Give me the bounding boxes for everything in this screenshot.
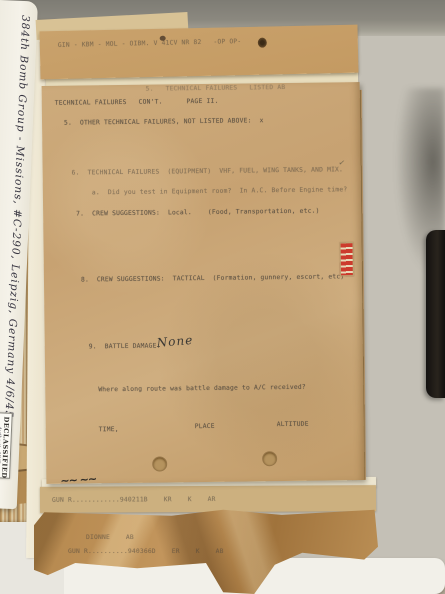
top-code-paper: GIN - KBM - MOL - OIBM. V 41CV NR 82 -OP… bbox=[40, 25, 359, 80]
form-item-8: 8. CREW SUGGESTIONS: TACTICAL (Formation… bbox=[81, 273, 344, 283]
battle-damage-question: Where along route was battle damage to A… bbox=[98, 384, 306, 394]
black-object bbox=[426, 230, 445, 398]
column-place: PLACE bbox=[195, 423, 215, 430]
top-code-line: GIN - KBM - MOL - OIBM. V 41CV NR 82 -OP… bbox=[58, 38, 242, 49]
form-item-9: 9. BATTLE DAMAGE: bbox=[89, 343, 161, 351]
column-altitude: ALTITUDE bbox=[277, 421, 309, 428]
form-item-5: 5. OTHER TECHNICAL FAILURES, NOT LISTED … bbox=[64, 117, 264, 126]
punch-hole bbox=[152, 456, 167, 471]
form-item-6: 6. TECHNICAL FAILURES (EQUIPMENT) VHF, F… bbox=[72, 166, 343, 176]
partial-overlap-line: 5. TECHNICAL FAILURES LISTED AB bbox=[146, 84, 286, 93]
red-stamp bbox=[340, 242, 354, 276]
column-time: TIME, bbox=[99, 426, 119, 433]
punch-hole bbox=[262, 451, 277, 466]
declassified-stamp-title: DECLASSIFIED bbox=[0, 416, 10, 474]
archival-photo-scene: GUN R............940211B KR K AR DIONNE … bbox=[0, 0, 445, 594]
teletype-code-line: GUN R............940211B KR K AR bbox=[52, 496, 216, 504]
main-document: 5. TECHNICAL FAILURES LISTED AB TECHNICA… bbox=[42, 82, 365, 484]
handwritten-answer-none: None bbox=[156, 333, 194, 350]
pencil-scribble: ~~ ~~ bbox=[60, 472, 96, 487]
pencil-checkmark: ✓ bbox=[338, 158, 346, 168]
punch-hole-dark bbox=[258, 38, 267, 48]
form-header: TECHNICAL FAILURES CON'T. PAGE II. bbox=[55, 98, 219, 107]
form-item-6a: a. Did you test in Equipment room? In A.… bbox=[92, 186, 348, 196]
crumpled-line-1: DIONNE AB bbox=[86, 534, 134, 541]
form-item-7: 7. CREW SUGGESTIONS: Local. (Food, Trans… bbox=[76, 208, 320, 218]
teletype-strip-paper: GUN R............940211B KR K AR bbox=[40, 485, 376, 513]
crumpled-line-2: GUN R..........940366D ER K AB bbox=[68, 548, 224, 555]
